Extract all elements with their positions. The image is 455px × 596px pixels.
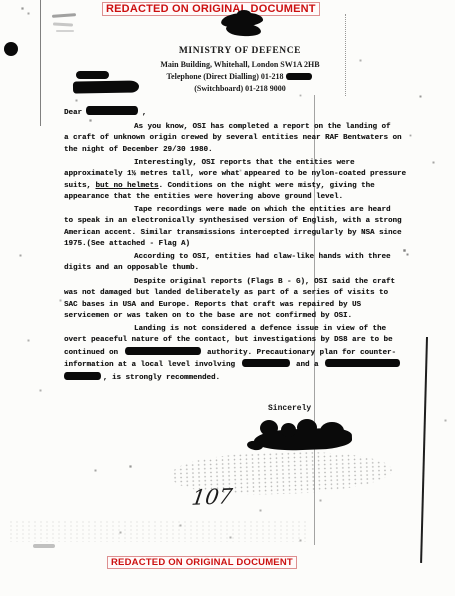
redaction-recipient-name: [86, 106, 138, 115]
hole-punch-mark: [4, 42, 18, 56]
line-segment: , is strongly recommended.: [103, 374, 220, 382]
phone-prefix: Telephone (Direct Dialling) 01-218: [166, 72, 283, 81]
redaction-party-2: [325, 359, 400, 367]
salutation-line: Dear,: [64, 106, 414, 119]
phone-line: Telephone (Direct Dialling) 01-218: [105, 72, 375, 81]
line-segment: information at a local level involving: [64, 361, 240, 369]
letter-line: As you know, OSI has completed a report …: [64, 122, 414, 133]
salutation-prefix: Dear: [64, 109, 82, 117]
letter-line: American accent. Similar transmissions i…: [64, 228, 414, 239]
redaction-authority: [125, 347, 201, 355]
redaction-party-3: [64, 372, 101, 380]
letter-line: digits and an opposable thumb.: [64, 263, 414, 274]
letter-line: overt peaceful nature of the contact, bu…: [64, 335, 414, 346]
redaction-phone-extension: [286, 73, 312, 80]
line-segment: continued on: [64, 349, 123, 357]
letter-line: , is strongly recommended.: [64, 372, 414, 384]
letter-line: SAC bases in USA and Europe. Reports tha…: [64, 300, 414, 311]
letterhead: MINISTRY OF DEFENCE Main Building, White…: [105, 46, 375, 93]
letter-line: approximately 1½ metres tall, wore what …: [64, 169, 414, 180]
line-segment: authority. Precautionary plan for counte…: [203, 349, 397, 357]
redaction-banner-bottom: REDACTED ON ORIGINAL DOCUMENT: [107, 556, 297, 569]
org-address: Main Building, Whitehall, London SW1A 2H…: [105, 60, 375, 69]
letter-line: Landing is not considered a defence issu…: [64, 324, 414, 335]
handwritten-page-number: 107: [190, 484, 234, 509]
letter-line: appearance that the entities were hoveri…: [64, 192, 414, 203]
letter-line: Interestingly, OSI reports that the enti…: [64, 158, 414, 169]
letter-line: Tape recordings were made on which the e…: [64, 205, 414, 216]
paragraph-1: As you know, OSI has completed a report …: [64, 122, 414, 156]
letter-line: 1975.(See attached - Flag A): [64, 239, 414, 250]
letter-line: information at a local level involving a…: [64, 359, 414, 371]
crease-top-right: [345, 14, 346, 96]
letter-line: suits, but no helmets. Conditions on the…: [64, 181, 414, 192]
paragraph-6: Landing is not considered a defence issu…: [64, 324, 414, 384]
paragraph-2: Interestingly, OSI reports that the enti…: [64, 158, 414, 204]
scan-speckles: [0, 0, 1, 1]
letter-line: was not damaged but landed deliberately …: [64, 288, 414, 299]
paragraph-4: According to OSI, entities had claw-like…: [64, 252, 414, 275]
switchboard-line: (Switchboard) 01-218 9000: [105, 84, 375, 93]
line-segment: . Conditions on the night were misty, gi…: [159, 182, 375, 190]
scan-noise-bottom: [8, 520, 308, 542]
scanned-letter-page: REDACTED ON ORIGINAL DOCUMENT MINISTRY O…: [0, 0, 455, 596]
redaction-banner-top: REDACTED ON ORIGINAL DOCUMENT: [102, 2, 320, 16]
scan-mark-bottom-corner: [33, 544, 55, 548]
page-edge-shadow: [420, 337, 428, 563]
line-segment: suits,: [64, 182, 96, 190]
letter-line: Despite original reports (Flags B - G), …: [64, 277, 414, 288]
letter-line: According to OSI, entities had claw-like…: [64, 252, 414, 263]
letter-line: servicemen or was taken on to the base a…: [64, 311, 414, 322]
letter-line: the night of December 29/30 1980.: [64, 145, 414, 156]
crease-left: [40, 0, 41, 126]
letter-line: to speak in an electronically synthesise…: [64, 216, 414, 227]
line-segment: and a: [292, 361, 324, 369]
closing-sincerely: Sincerely: [268, 404, 311, 413]
salutation-suffix: ,: [142, 109, 147, 117]
underlined-phrase: but no helmets: [96, 182, 159, 190]
org-name: MINISTRY OF DEFENCE: [105, 46, 375, 56]
letter-line: continued on authority. Precautionary pl…: [64, 347, 414, 359]
paragraph-3: Tape recordings were made on which the e…: [64, 205, 414, 251]
paragraph-5: Despite original reports (Flags B - G), …: [64, 277, 414, 323]
letter-line: a craft of unknown origin crewed by seve…: [64, 133, 414, 144]
redaction-party-1: [242, 359, 290, 367]
